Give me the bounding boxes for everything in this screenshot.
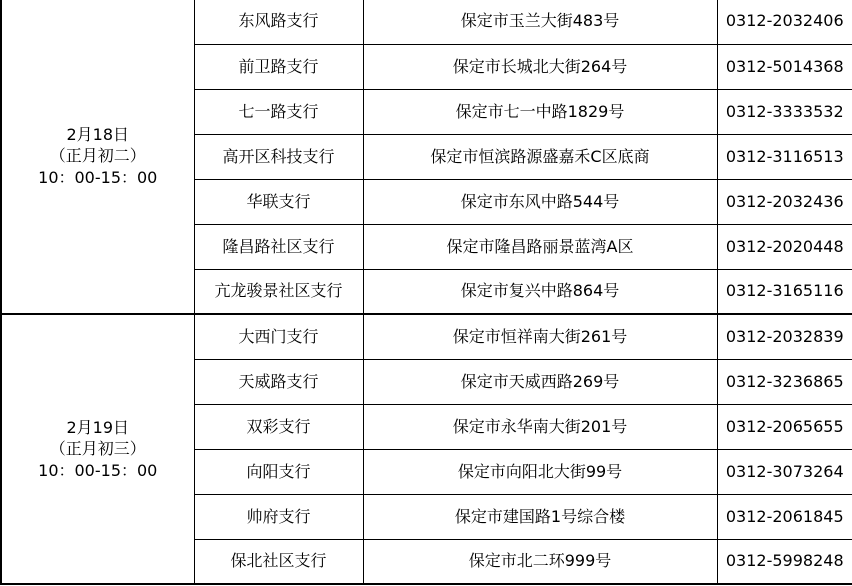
phone-cell: 0312-2032839 <box>717 314 852 359</box>
address-cell: 保定市建国路1号综合楼 <box>363 494 717 539</box>
branch-cell: 双彩支行 <box>194 404 363 449</box>
address-cell: 保定市恒祥南大街261号 <box>363 314 717 359</box>
date-line: 2月18日 <box>6 124 190 146</box>
phone-cell: 0312-3116513 <box>717 134 852 179</box>
phone-cell: 0312-2061845 <box>717 494 852 539</box>
branch-cell: 帅府支行 <box>194 494 363 539</box>
branch-table-body: 2月18日（正月初二）10：00-15：00东风路支行保定市玉兰大街483号03… <box>1 0 852 584</box>
address-cell: 保定市恒滨路源盛嘉禾C区底商 <box>363 134 717 179</box>
branch-cell: 大西门支行 <box>194 314 363 359</box>
phone-cell: 0312-3165116 <box>717 269 852 314</box>
date-line: （正月初三） <box>6 438 190 460</box>
branch-cell: 东风路支行 <box>194 0 363 44</box>
address-cell: 保定市玉兰大街483号 <box>363 0 717 44</box>
date-line: 10：00-15：00 <box>6 460 190 482</box>
branch-cell: 天威路支行 <box>194 359 363 404</box>
phone-cell: 0312-2032436 <box>717 179 852 224</box>
address-cell: 保定市永华南大街201号 <box>363 404 717 449</box>
phone-cell: 0312-5998248 <box>717 539 852 584</box>
address-cell: 保定市天威西路269号 <box>363 359 717 404</box>
branch-cell: 高开区科技支行 <box>194 134 363 179</box>
branch-cell: 华联支行 <box>194 179 363 224</box>
address-cell: 保定市向阳北大街99号 <box>363 449 717 494</box>
date-line: 2月19日 <box>6 417 190 439</box>
phone-cell: 0312-3236865 <box>717 359 852 404</box>
address-cell: 保定市七一中路1829号 <box>363 89 717 134</box>
address-cell: 保定市北二环999号 <box>363 539 717 584</box>
branch-cell: 保北社区支行 <box>194 539 363 584</box>
branch-cell: 亢龙骏景社区支行 <box>194 269 363 314</box>
branch-schedule-table: 2月18日（正月初二）10：00-15：00东风路支行保定市玉兰大街483号03… <box>0 0 852 585</box>
date-line: （正月初二） <box>6 145 190 167</box>
phone-cell: 0312-3333532 <box>717 89 852 134</box>
table-row: 2月18日（正月初二）10：00-15：00东风路支行保定市玉兰大街483号03… <box>1 0 852 44</box>
table-row: 2月19日（正月初三）10：00-15：00大西门支行保定市恒祥南大街261号0… <box>1 314 852 359</box>
address-cell: 保定市复兴中路864号 <box>363 269 717 314</box>
page: 2月18日（正月初二）10：00-15：00东风路支行保定市玉兰大街483号03… <box>0 0 852 585</box>
phone-cell: 0312-2020448 <box>717 224 852 269</box>
address-cell: 保定市东风中路544号 <box>363 179 717 224</box>
branch-cell: 前卫路支行 <box>194 44 363 89</box>
date-cell: 2月19日（正月初三）10：00-15：00 <box>1 314 194 584</box>
phone-cell: 0312-5014368 <box>717 44 852 89</box>
phone-cell: 0312-3073264 <box>717 449 852 494</box>
date-cell: 2月18日（正月初二）10：00-15：00 <box>1 0 194 314</box>
address-cell: 保定市长城北大街264号 <box>363 44 717 89</box>
branch-cell: 向阳支行 <box>194 449 363 494</box>
phone-cell: 0312-2032406 <box>717 0 852 44</box>
address-cell: 保定市隆昌路丽景蓝湾A区 <box>363 224 717 269</box>
date-line: 10：00-15：00 <box>6 167 190 189</box>
branch-cell: 隆昌路社区支行 <box>194 224 363 269</box>
phone-cell: 0312-2065655 <box>717 404 852 449</box>
branch-cell: 七一路支行 <box>194 89 363 134</box>
